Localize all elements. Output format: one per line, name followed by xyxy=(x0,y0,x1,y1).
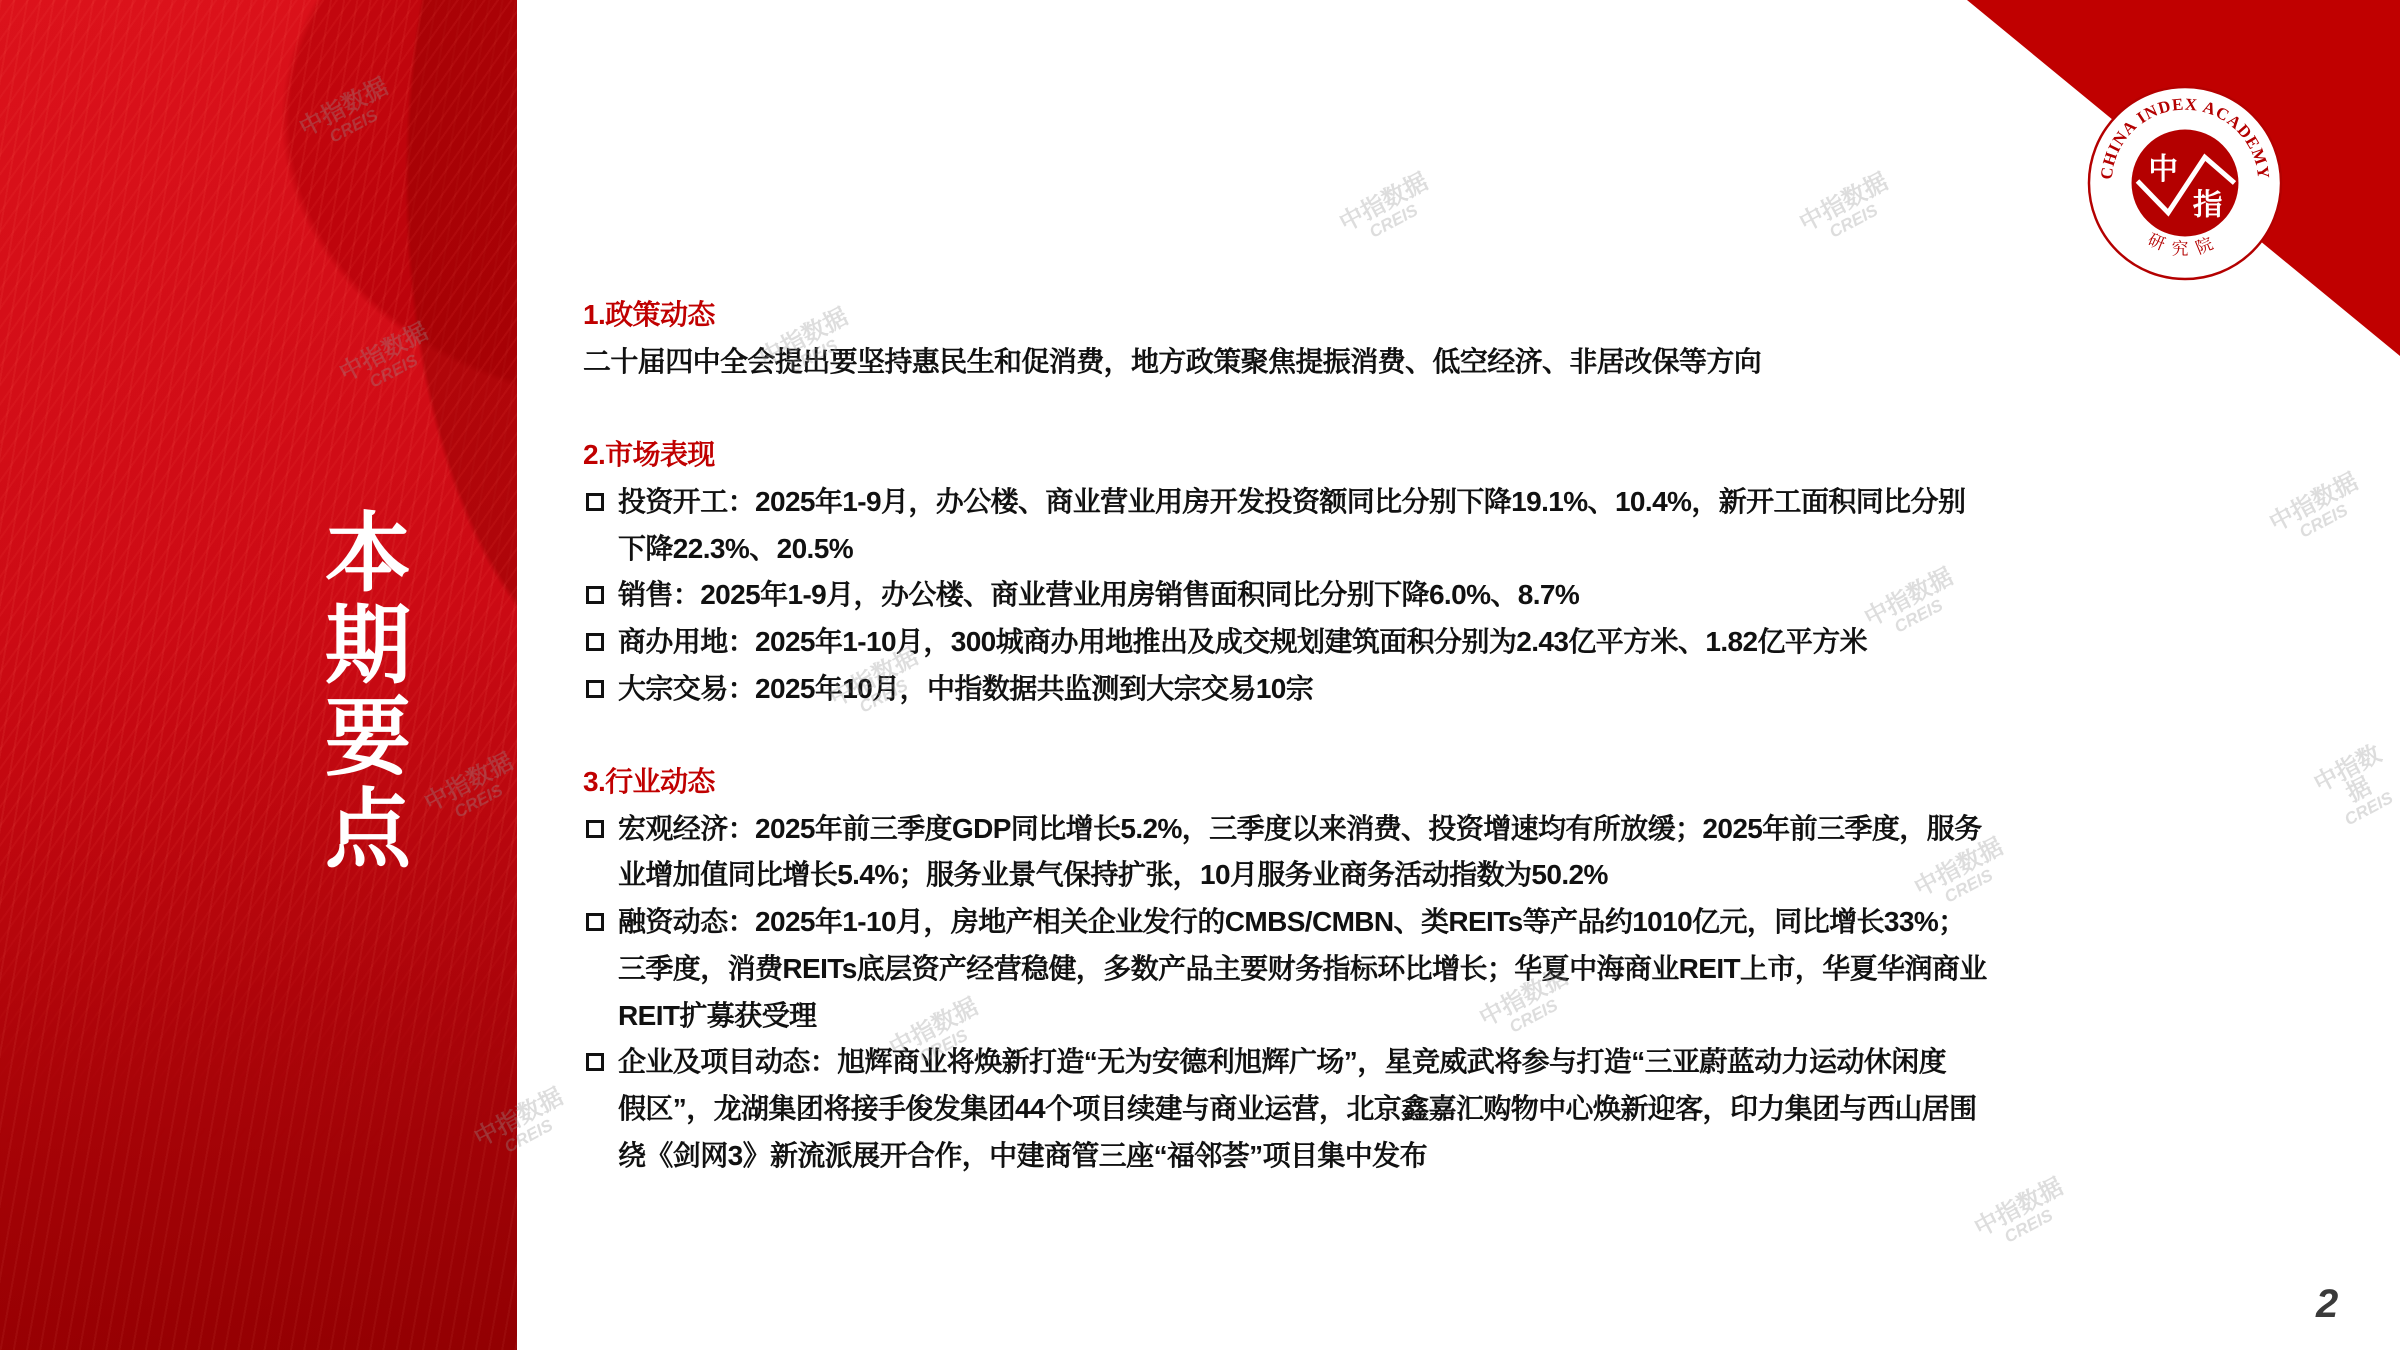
checkbox-bullet-icon xyxy=(586,633,604,651)
bullet-line: 大宗交易：2025年10月，中指数据共监测到大宗交易10宗 xyxy=(618,666,2143,713)
bullet-line: 假区”，龙湖集团将接手俊发集团44个项目续建与商业运营，北京鑫嘉汇购物中心焕新迎… xyxy=(618,1086,2143,1133)
bullet-line: 融资动态：2025年1-10月，房地产相关企业发行的CMBS/CMBN、类REI… xyxy=(618,899,2143,946)
panel-stripes xyxy=(0,0,517,1350)
checkbox-bullet-icon xyxy=(586,820,604,838)
title-char: 期 xyxy=(322,600,414,692)
checkbox-bullet-icon xyxy=(586,493,604,511)
logo-emblem-icon: 中 指 CHINA INDEX ACADEMY 研究院 xyxy=(2086,84,2284,282)
bullet-line: REIT扩募获受理 xyxy=(618,993,2143,1040)
watermark: 中指数据CREIS xyxy=(1971,1175,2075,1256)
bullet-line: 业增加值同比增长5.4%；服务业景气保持扩张，10月服务业商务活动指数为50.2… xyxy=(618,852,2143,899)
section-heading-industry: 3.行业动态 xyxy=(583,759,2143,806)
section-heading-market: 2.市场表现 xyxy=(583,432,2143,479)
checkbox-bullet-icon xyxy=(586,586,604,604)
bullet-financing: 融资动态：2025年1-10月，房地产相关企业发行的CMBS/CMBN、类REI… xyxy=(583,899,2143,1039)
page-number: 2 xyxy=(2316,1282,2338,1327)
bullet-sales: 销售：2025年1-9月，办公楼、商业营业用房销售面积同比分别下降6.0%、8.… xyxy=(583,572,2143,619)
section-spacer xyxy=(583,385,2143,432)
key-points-content: 1.政策动态 二十届四中全会提出要坚持惠民生和促消费，地方政策聚焦提振消费、低空… xyxy=(583,292,2143,1179)
logo-char-zhi: 指 xyxy=(2193,188,2223,223)
watermark: 中指数据CREIS xyxy=(1796,170,1900,251)
logo-char-zhong: 中 xyxy=(2148,152,2178,187)
bullet-investment-starts: 投资开工：2025年1-9月，办公楼、商业营业用房开发投资额同比分别下降19.1… xyxy=(583,479,2143,572)
bullet-line: 下降22.3%、20.5% xyxy=(618,526,2143,573)
left-title-panel: 本 期 要 点 xyxy=(0,0,517,1350)
title-char: 本 xyxy=(322,508,414,600)
checkbox-bullet-icon xyxy=(586,913,604,931)
watermark: 中指数据CREIS xyxy=(2305,739,2400,836)
title-char: 点 xyxy=(322,784,414,876)
watermark: 中指数据CREIS xyxy=(1336,170,1440,251)
section-spacer xyxy=(583,712,2143,759)
bullet-enterprise-projects: 企业及项目动态：旭辉商业将焕新打造“无为安德利旭辉广场”，星竞威武将参与打造“三… xyxy=(583,1039,2143,1179)
section-heading-policy: 1.政策动态 xyxy=(583,292,2143,339)
page-title-vertical: 本 期 要 点 xyxy=(322,508,414,876)
bullet-bulk-transactions: 大宗交易：2025年10月，中指数据共监测到大宗交易10宗 xyxy=(583,666,2143,713)
bullet-line: 投资开工：2025年1-9月，办公楼、商业营业用房开发投资额同比分别下降19.1… xyxy=(618,479,2143,526)
china-index-academy-logo: 中 指 CHINA INDEX ACADEMY 研究院 xyxy=(2086,84,2284,282)
bullet-line: 企业及项目动态：旭辉商业将焕新打造“无为安德利旭辉广场”，星竞威武将参与打造“三… xyxy=(618,1039,2143,1086)
bullet-line: 三季度，消费REITs底层资产经营稳健，多数产品主要财务指标环比增长；华夏中海商… xyxy=(618,946,2143,993)
title-char: 要 xyxy=(322,692,414,784)
policy-summary-line: 二十届四中全会提出要坚持惠民生和促消费，地方政策聚焦提振消费、低空经济、非居改保… xyxy=(583,339,2143,386)
bullet-line: 销售：2025年1-9月，办公楼、商业营业用房销售面积同比分别下降6.0%、8.… xyxy=(618,572,2143,619)
checkbox-bullet-icon xyxy=(586,680,604,698)
bullet-line: 宏观经济：2025年前三季度GDP同比增长5.2%，三季度以来消费、投资增速均有… xyxy=(618,806,2143,853)
bullet-commercial-land: 商办用地：2025年1-10月，300城商办用地推出及成交规划建筑面积分别为2.… xyxy=(583,619,2143,666)
bullet-line: 商办用地：2025年1-10月，300城商办用地推出及成交规划建筑面积分别为2.… xyxy=(618,619,2143,666)
bullet-macro-economy: 宏观经济：2025年前三季度GDP同比增长5.2%，三季度以来消费、投资增速均有… xyxy=(583,806,2143,899)
bullet-line: 绕《剑网3》新流派展开合作，中建商管三座“福邻荟”项目集中发布 xyxy=(618,1133,2143,1180)
checkbox-bullet-icon xyxy=(586,1053,604,1071)
watermark: 中指数据CREIS xyxy=(2266,470,2370,551)
